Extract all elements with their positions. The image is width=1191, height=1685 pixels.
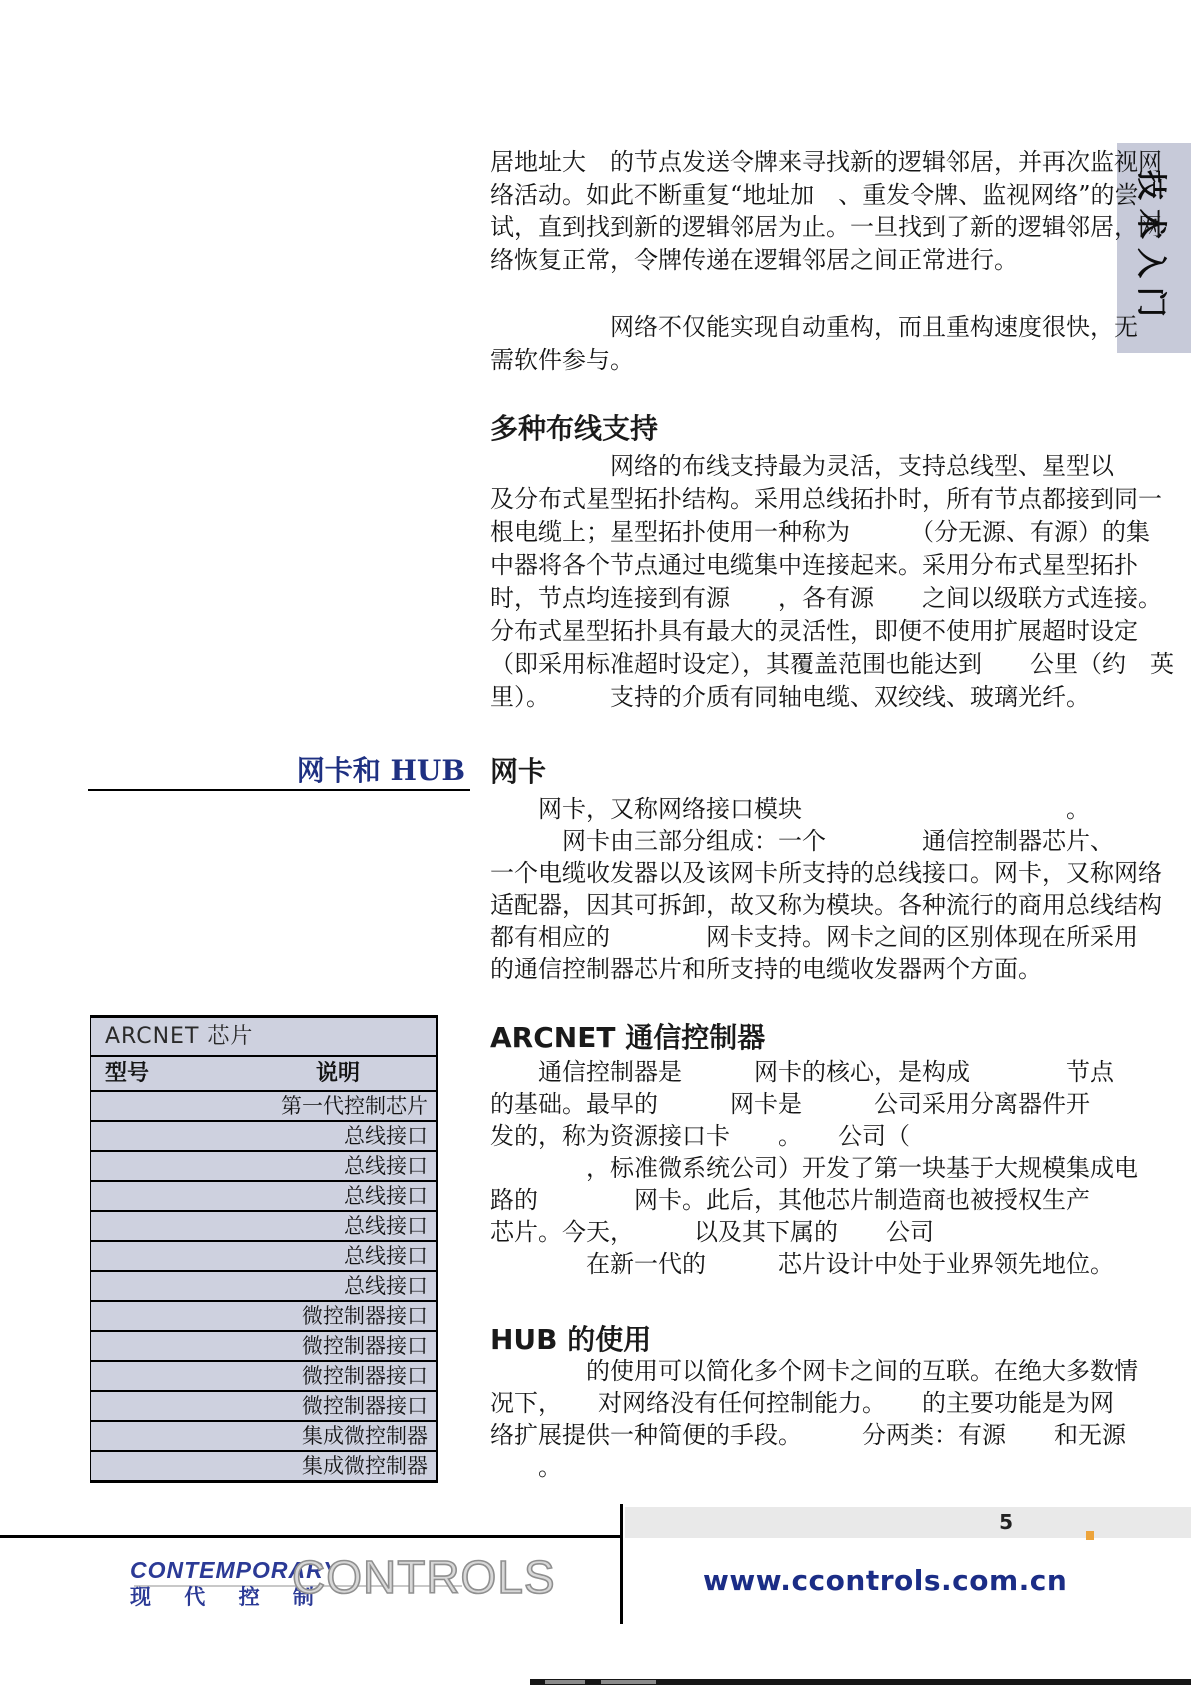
cell-model xyxy=(91,1242,275,1270)
table-row: 集成微控制器 xyxy=(91,1452,436,1480)
page-number-bar: 5 xyxy=(625,1507,1191,1538)
scan-artifact-fleck xyxy=(601,1680,656,1684)
paragraph-arcnet-controller: 通信控制器是 网卡的核心，是构成 节点 的基础。最早的 网卡是 公司采用分离器件… xyxy=(490,1056,1094,1280)
table-row: 微控制器接口 xyxy=(91,1332,436,1362)
cell-description: 总线接口 xyxy=(275,1242,436,1270)
table-row: 微控制器接口 xyxy=(91,1392,436,1422)
table-row: 微控制器接口 xyxy=(91,1302,436,1332)
cell-description: 微控制器接口 xyxy=(275,1332,436,1360)
text-line: 况下， 对网络没有任何控制能力。 的主要功能是为网 xyxy=(490,1387,1094,1419)
paragraph-reconfiguration: 居地址大 的节点发送令牌来寻找新的逻辑邻居，并再次监视网 络活动。如此不断重复“… xyxy=(490,146,1094,276)
footer-rule xyxy=(0,1535,621,1538)
column-header-description: 说明 xyxy=(316,1057,360,1090)
text-line: 里）。 支持的介质有同轴电缆、双绞线、玻璃光纤。 xyxy=(490,681,1094,714)
table-row: 总线接口 xyxy=(91,1152,436,1182)
footer-website-url: www.ccontrols.com.cn xyxy=(703,1564,1067,1597)
cell-model xyxy=(91,1362,275,1390)
text-line: （即采用标准超时设定），其覆盖范围也能达到 公里（约 英 xyxy=(490,648,1094,681)
paragraph-cabling: 网络的布线支持最为灵活，支持总线型、星型以 及分布式星型拓扑结构。采用总线拓扑时… xyxy=(490,450,1094,714)
text-line: 时，节点均连接到有源 ，各有源 之间以级联方式连接。 xyxy=(490,582,1094,615)
cell-model xyxy=(91,1392,275,1420)
text-line: 适配器，因其可拆卸，故又称为模块。各种流行的商用总线结构 xyxy=(490,889,1094,921)
paragraph-nic: 网卡，又称网络接口模块 。 网卡由三部分组成：一个 通信控制器芯片、 一个电缆收… xyxy=(490,793,1094,985)
text-line: 网卡，又称网络接口模块 。 xyxy=(490,793,1094,825)
cell-model xyxy=(91,1182,275,1210)
text-line: 一个电缆收发器以及该网卡所支持的总线接口。网卡，又称网络 xyxy=(490,857,1094,889)
text-line: 芯片。今天， 以及其下属的 公司 xyxy=(490,1216,1094,1248)
scan-artifact-fleck xyxy=(545,1680,585,1684)
heading-hub-usage: HUB 的使用 xyxy=(490,1318,651,1358)
text-line: 路的 网卡。此后，其他芯片制造商也被授权生产 xyxy=(490,1184,1094,1216)
text-line: 都有相应的 网卡支持。网卡之间的区别体现在所采用 xyxy=(490,921,1094,953)
cell-model xyxy=(91,1452,275,1480)
margin-section-label: 网卡和 HUB xyxy=(88,749,465,789)
table-title: ARCNET 芯片 xyxy=(91,1018,436,1057)
text-line: 在新一代的 芯片设计中处于业界领先地位。 xyxy=(490,1248,1094,1280)
cell-model xyxy=(91,1332,275,1360)
cell-description: 集成微控制器 xyxy=(275,1422,436,1450)
text-line: 的使用可以简化多个网卡之间的互联。在绝大多数情 xyxy=(490,1355,1094,1387)
text-line: 及分布式星型拓扑结构。采用总线拓扑时，所有节点都接到同一 xyxy=(490,483,1094,516)
margin-rule xyxy=(88,789,470,791)
text-line: 发的，称为资源接口卡 。 公司（ xyxy=(490,1120,1094,1152)
cell-description: 微控制器接口 xyxy=(275,1302,436,1330)
cell-model xyxy=(91,1212,275,1240)
text-line: 需软件参与。 xyxy=(490,344,1094,377)
table-row: 总线接口 xyxy=(91,1122,436,1152)
column-header-model: 型号 xyxy=(105,1057,149,1090)
cell-description: 总线接口 xyxy=(275,1212,436,1240)
table-row: 微控制器接口 xyxy=(91,1362,436,1392)
scan-artifact-dot xyxy=(1086,1531,1094,1540)
table-row: 集成微控制器 xyxy=(91,1422,436,1452)
cell-model xyxy=(91,1302,275,1330)
text-line: 的基础。最早的 网卡是 公司采用分离器件开 xyxy=(490,1088,1094,1120)
cell-description: 总线接口 xyxy=(275,1182,436,1210)
cell-description: 总线接口 xyxy=(275,1272,436,1300)
cell-description: 集成微控制器 xyxy=(275,1452,436,1480)
page-number: 5 xyxy=(999,1510,1013,1534)
footer-vertical-divider xyxy=(620,1504,623,1624)
text-line: 居地址大 的节点发送令牌来寻找新的逻辑邻居，并再次监视网 xyxy=(490,146,1094,179)
heading-nic: 网卡 xyxy=(490,750,546,790)
cell-model xyxy=(91,1092,275,1120)
text-line: 网络的布线支持最为灵活，支持总线型、星型以 xyxy=(490,450,1094,483)
cell-model xyxy=(91,1272,275,1300)
heading-cabling-support: 多种布线支持 xyxy=(490,407,658,447)
table-row: 总线接口 xyxy=(91,1272,436,1302)
table-row: 总线接口 xyxy=(91,1242,436,1272)
text-line: 网络不仅能实现自动重构，而且重构速度很快，无 xyxy=(490,311,1094,344)
text-line: 根电缆上；星型拓扑使用一种称为 （分无源、有源）的集 xyxy=(490,516,1094,549)
heading-arcnet-controller: ARCNET 通信控制器 xyxy=(490,1016,765,1056)
cell-description: 微控制器接口 xyxy=(275,1392,436,1420)
text-line: 分布式星型拓扑具有最大的灵活性，即便不使用扩展超时设定 xyxy=(490,615,1094,648)
cell-description: 微控制器接口 xyxy=(275,1362,436,1390)
cell-description: 第一代控制芯片 xyxy=(275,1092,436,1120)
document-page: 技术入门 居地址大 的节点发送令牌来寻找新的逻辑邻居，并再次监视网 络活动。如此… xyxy=(0,0,1191,1685)
cell-description: 总线接口 xyxy=(275,1122,436,1150)
table-row: 总线接口 xyxy=(91,1212,436,1242)
text-line: 中器将各个节点通过电缆集中连接起来。采用分布式星型拓扑 xyxy=(490,549,1094,582)
text-line: 。 xyxy=(490,1451,1094,1483)
text-line: 的通信控制器芯片和所支持的电缆收发器两个方面。 xyxy=(490,953,1094,985)
arcnet-chips-table: ARCNET 芯片 型号 说明 第一代控制芯片 总线接口 总线接口 总线接口 总… xyxy=(90,1015,438,1483)
text-line: 试，直到找到新的逻辑邻居为止。一旦找到了新的逻辑邻居，网 xyxy=(490,211,1094,244)
table-header-row: 型号 说明 xyxy=(91,1057,436,1092)
chapter-tab-label: 技术入门 xyxy=(1132,170,1176,326)
text-line: 络扩展提供一种简便的手段。 分两类：有源 和无源 xyxy=(490,1419,1094,1451)
paragraph-reconfiguration-2: 网络不仅能实现自动重构，而且重构速度很快，无 需软件参与。 xyxy=(490,311,1094,376)
table-row: 总线接口 xyxy=(91,1182,436,1212)
text-line: 通信控制器是 网卡的核心，是构成 节点 xyxy=(490,1056,1094,1088)
cell-model xyxy=(91,1122,275,1150)
text-line: 络活动。如此不断重复“地址加 、重发令牌、监视网络”的尝 xyxy=(490,179,1094,212)
text-line: 络恢复正常，令牌传递在逻辑邻居之间正常进行。 xyxy=(490,244,1094,277)
text-line: 网卡由三部分组成：一个 通信控制器芯片、 xyxy=(490,825,1094,857)
logo-controls-text: CONTROLS xyxy=(292,1550,556,1604)
table-row: 第一代控制芯片 xyxy=(91,1092,436,1122)
paragraph-hub-usage: 的使用可以简化多个网卡之间的互联。在绝大多数情 况下， 对网络没有任何控制能力。… xyxy=(490,1355,1094,1483)
cell-model xyxy=(91,1422,275,1450)
cell-model xyxy=(91,1152,275,1180)
cell-description: 总线接口 xyxy=(275,1152,436,1180)
text-line: ，标准微系统公司）开发了第一块基于大规模集成电 xyxy=(490,1152,1094,1184)
